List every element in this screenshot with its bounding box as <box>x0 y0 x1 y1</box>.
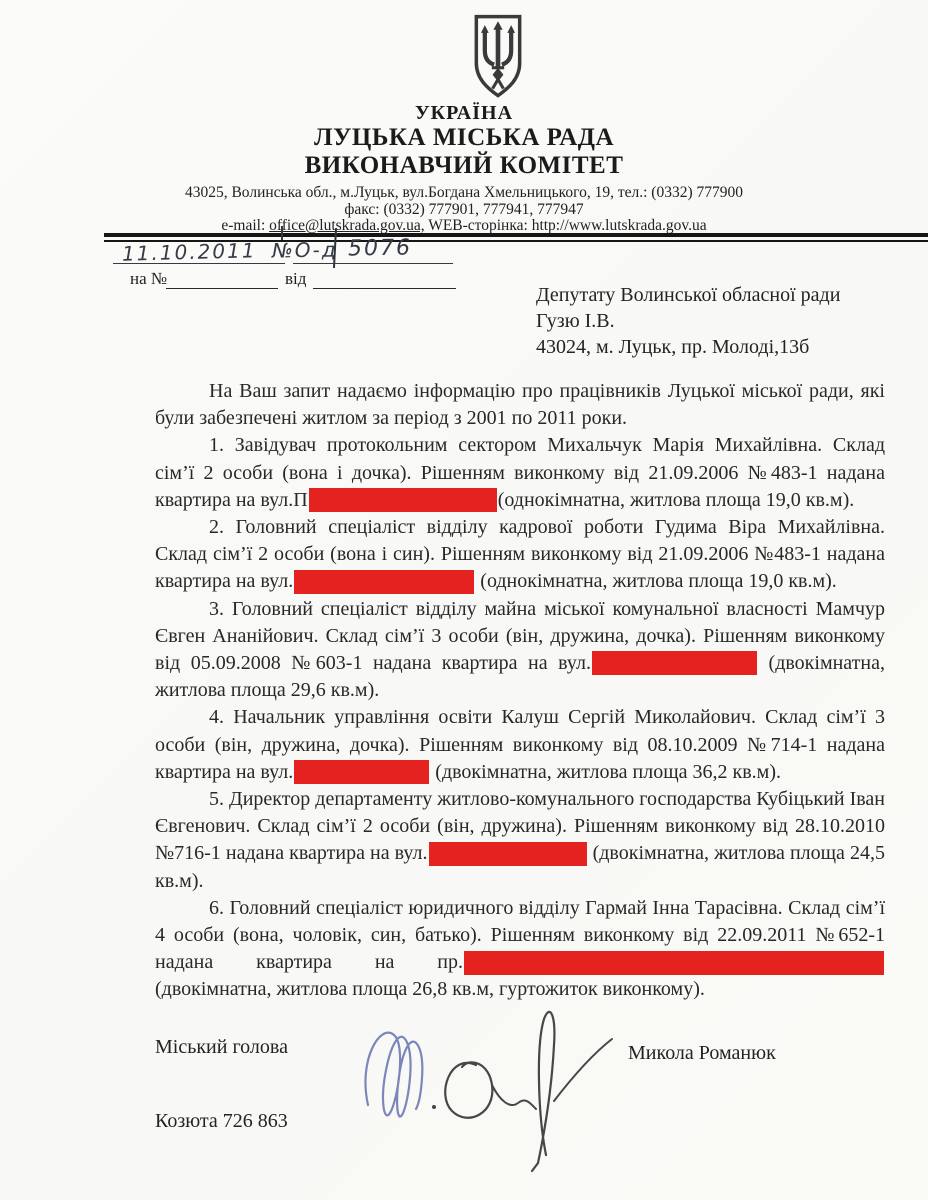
body-item-3: 3. Головний спеціаліст відділу майна міс… <box>155 596 885 705</box>
body-item-4: 4. Начальник управління освіти Калуш Сер… <box>155 704 885 786</box>
redaction-bar <box>464 951 884 975</box>
item-1-text-after: (однокімнатна, житлова площа 19,0 кв.м). <box>498 489 855 511</box>
handwritten-number-prefix: №О-д <box>272 237 338 262</box>
letterhead-organization: ЛУЦЬКА МІСЬКА РАДА <box>0 124 928 152</box>
redaction-bar <box>309 488 497 512</box>
from-underline <box>313 288 456 289</box>
from-label: від <box>285 269 306 289</box>
signer-name: Микола Романюк <box>628 1042 776 1065</box>
number-underline <box>293 263 453 264</box>
date-underline <box>113 263 285 264</box>
reply-to-underline <box>166 288 278 289</box>
item-2-text-after: (однокімнатна, житлова площа 19,0 кв.м). <box>475 570 837 592</box>
handwritten-signature-icon <box>350 1005 650 1175</box>
intro-paragraph: На Ваш запит надаємо інформацію про прац… <box>155 378 885 432</box>
body-item-6: 6. Головний спеціаліст юридичного відділ… <box>155 895 885 1004</box>
email-address: office@lutskrada.gov.ua, <box>269 217 424 234</box>
recipient-line-2: Гузю І.В. <box>536 308 840 334</box>
redaction-bar <box>592 651 757 675</box>
letterhead-department: ВИКОНАВЧИЙ КОМІТЕТ <box>0 152 928 180</box>
handwritten-date: 11.10.2011 <box>122 238 257 266</box>
body-item-2: 2. Головний спеціаліст відділу кадрової … <box>155 514 885 596</box>
body-item-5: 5. Директор департаменту житлово-комунал… <box>155 786 885 895</box>
item-4-text-after: (двокімнатна, житлова площа 36,2 кв.м). <box>430 761 781 783</box>
redaction-bar <box>294 760 429 784</box>
recipient-block: Депутату Волинської обласної ради Гузю І… <box>536 282 840 360</box>
letterhead-country: УКРАЇНА <box>0 102 928 125</box>
item-6-text-after: (двокімнатна, житлова площа 26,8 кв.м, г… <box>155 978 705 1000</box>
letter-body: На Ваш запит надаємо інформацію про прац… <box>155 378 885 1004</box>
body-item-1: 1. Завідувач протокольним сектором Михал… <box>155 432 885 514</box>
email-prefix: e-mail: <box>221 217 269 234</box>
recipient-line-1: Депутату Волинської обласної ради <box>536 282 840 308</box>
scanned-letter-page: УКРАЇНА ЛУЦЬКА МІСЬКА РАДА ВИКОНАВЧИЙ КО… <box>0 0 928 1200</box>
recipient-line-3: 43024, м. Луцьк, пр. Молоді,13б <box>536 334 840 360</box>
signer-title: Міський голова <box>155 1036 288 1059</box>
executor-line: Козюта 726 863 <box>155 1110 288 1133</box>
letterhead-address: 43025, Волинська обл., м.Луцьк, вул.Богд… <box>0 184 928 202</box>
web-address: WEB-сторінка: http://www.lutskrada.gov.u… <box>425 217 707 234</box>
redaction-bar <box>429 842 587 866</box>
handwritten-number: 5076 <box>348 235 412 261</box>
ukraine-trident-emblem-icon <box>458 12 538 108</box>
reply-to-label: на № <box>130 269 167 289</box>
redaction-bar <box>294 570 474 594</box>
